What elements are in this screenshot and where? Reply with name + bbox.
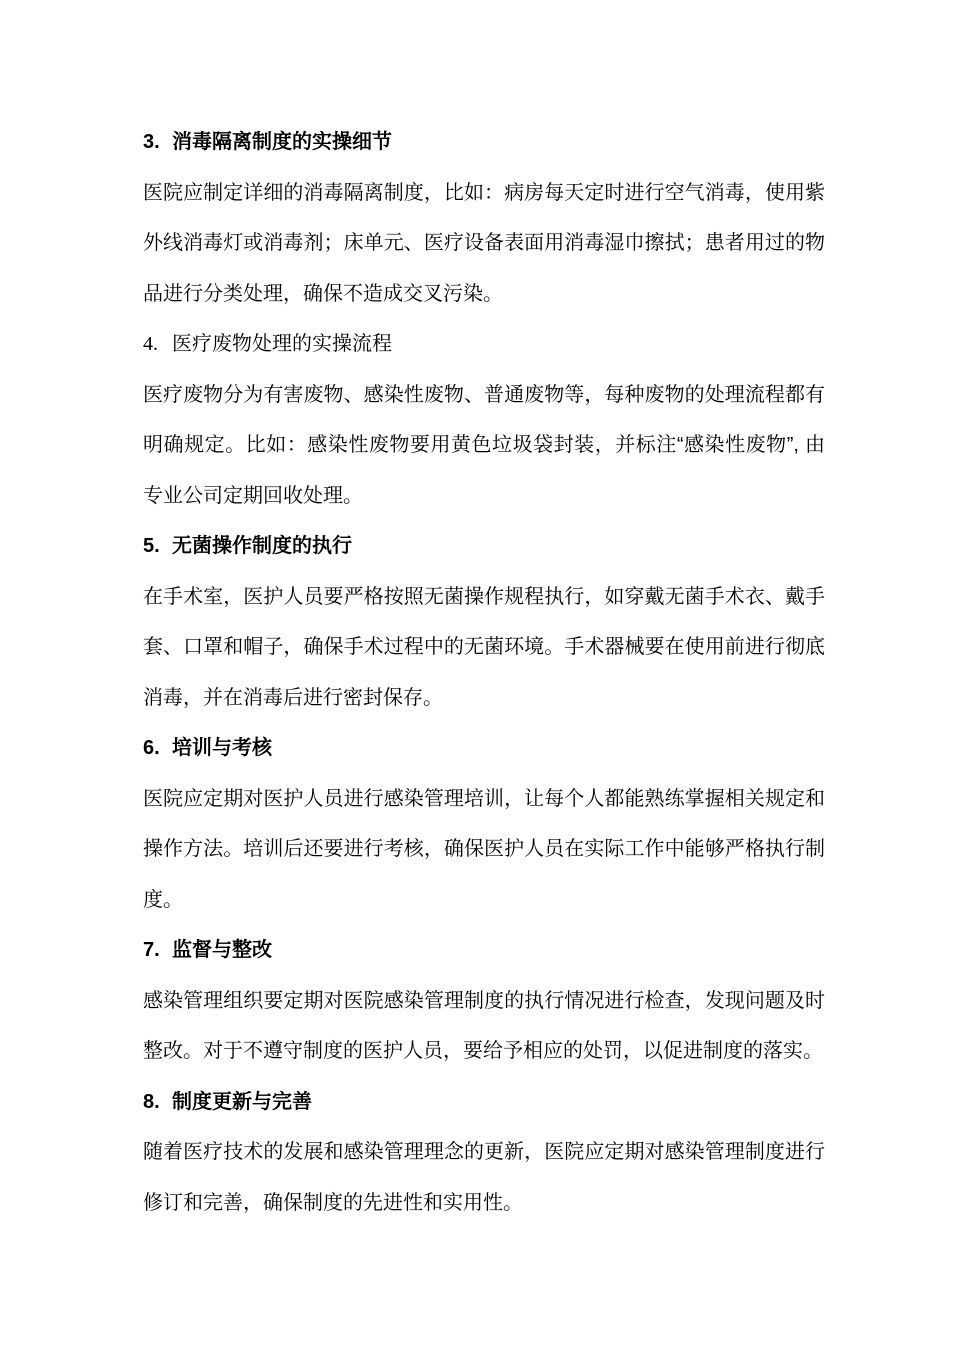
section-heading: 8.制度更新与完善 (143, 1077, 825, 1128)
heading-title: 制度更新与完善 (172, 1091, 312, 1113)
section-5: 5.无菌操作制度的执行 在手术室，医护人员要严格按照无菌操作规程执行，如穿戴无菌… (143, 521, 825, 723)
paragraph-line: 明确规定。比如：感染性废物要用黄色垃圾袋封装，并标注“感染性废物”, 由 (143, 420, 825, 471)
paragraph-line: 随着医疗技术的发展和感染管理理念的更新，医院应定期对感染管理制度进行 (143, 1127, 825, 1178)
section-6: 6.培训与考核 医院应定期对医护人员进行感染管理培训，让每个人都能熟练掌握相关规… (143, 723, 825, 925)
paragraph-line: 感染管理组织要定期对医院感染管理制度的执行情况进行检查，发现问题及时 (143, 976, 825, 1027)
heading-number: 5. (143, 521, 172, 572)
paragraph-line: 品进行分类处理，确保不造成交叉污染。 (143, 269, 825, 320)
section-heading: 7.监督与整改 (143, 925, 825, 976)
heading-title: 监督与整改 (172, 939, 272, 961)
heading-title: 消毒隔离制度的实操细节 (172, 131, 392, 153)
paragraph-line: 医院应制定详细的消毒隔离制度，比如：病房每天定时进行空气消毒，使用紫 (143, 168, 825, 219)
heading-title: 培训与考核 (172, 737, 272, 759)
section-heading: 3.消毒隔离制度的实操细节 (143, 117, 825, 168)
paragraph-line: 在手术室，医护人员要严格按照无菌操作规程执行，如穿戴无菌手术衣、戴手 (143, 572, 825, 623)
heading-number: 6. (143, 723, 172, 774)
paragraph-line: 医疗废物分为有害废物、感染性废物、普通废物等，每种废物的处理流程都有 (143, 370, 825, 421)
document-content: 3.消毒隔离制度的实操细节 医院应制定详细的消毒隔离制度，比如：病房每天定时进行… (143, 117, 825, 1228)
section-3: 3.消毒隔离制度的实操细节 医院应制定详细的消毒隔离制度，比如：病房每天定时进行… (143, 117, 825, 319)
paragraph-line: 医院应定期对医护人员进行感染管理培训，让每个人都能熟练掌握相关规定和 (143, 774, 825, 825)
section-heading: 6.培训与考核 (143, 723, 825, 774)
heading-number: 4. (143, 319, 172, 370)
section-heading: 5.无菌操作制度的执行 (143, 521, 825, 572)
paragraph-line: 套、口罩和帽子，确保手术过程中的无菌环境。手术器械要在使用前进行彻底 (143, 622, 825, 673)
document-page: 3.消毒隔离制度的实操细节 医院应制定详细的消毒隔离制度，比如：病房每天定时进行… (0, 0, 967, 1365)
section-8: 8.制度更新与完善 随着医疗技术的发展和感染管理理念的更新，医院应定期对感染管理… (143, 1077, 825, 1229)
heading-title: 医疗废物处理的实操流程 (172, 333, 392, 355)
section-heading: 4.医疗废物处理的实操流程 (143, 319, 825, 370)
paragraph-line: 修订和完善，确保制度的先进性和实用性。 (143, 1178, 825, 1229)
heading-number: 8. (143, 1077, 172, 1128)
heading-number: 3. (143, 117, 172, 168)
heading-title: 无菌操作制度的执行 (172, 535, 352, 557)
paragraph-line: 度。 (143, 875, 825, 926)
paragraph-line: 消毒，并在消毒后进行密封保存。 (143, 673, 825, 724)
paragraph-line: 专业公司定期回收处理。 (143, 471, 825, 522)
paragraph-line: 整改。对于不遵守制度的医护人员，要给予相应的处罚，以促进制度的落实。 (143, 1026, 825, 1077)
section-7: 7.监督与整改 感染管理组织要定期对医院感染管理制度的执行情况进行检查，发现问题… (143, 925, 825, 1077)
paragraph-line: 外线消毒灯或消毒剂；床单元、医疗设备表面用消毒湿巾擦拭；患者用过的物 (143, 218, 825, 269)
section-4: 4.医疗废物处理的实操流程 医疗废物分为有害废物、感染性废物、普通废物等，每种废… (143, 319, 825, 521)
paragraph-line: 操作方法。培训后还要进行考核，确保医护人员在实际工作中能够严格执行制 (143, 824, 825, 875)
heading-number: 7. (143, 925, 172, 976)
